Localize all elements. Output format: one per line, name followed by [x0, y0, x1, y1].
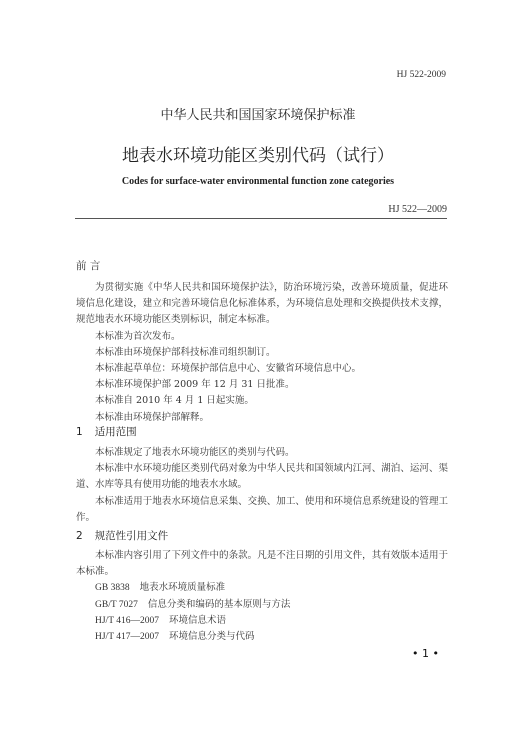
- reference-code: GB 3838: [95, 580, 130, 596]
- foreword-paragraph: 本标准自 2010 年 4 月 1 日起实施。: [76, 393, 448, 409]
- reference-code: HJ/T 416—2007: [95, 613, 159, 629]
- section-2-body: 本标准内容引用了下列文件中的条款。凡是不注日期的引用文件，其有效版本适用于本标准…: [76, 548, 448, 645]
- section-paragraph: 本标准内容引用了下列文件中的条款。凡是不注日期的引用文件，其有效版本适用于本标准…: [76, 548, 448, 580]
- foreword-paragraph: 本标准环境保护部 2009 年 12 月 31 日批准。: [76, 377, 448, 393]
- document-subtitle-en: Codes for surface-water environmental fu…: [0, 176, 516, 187]
- section-number: 1: [76, 426, 83, 438]
- reference-title: 信息分类和编码的基本原则与方法: [148, 599, 291, 610]
- foreword-body: 为贯彻实施《中华人民共和国环境保护法》，防治环境污染，改善环境质量，促进环境信息…: [76, 280, 448, 426]
- section-number: 2: [76, 530, 83, 542]
- reference-title: 环境信息术语: [169, 615, 226, 626]
- foreword-paragraph: 本标准起草单位：环境保护部信息中心、安徽省环境信息中心。: [76, 361, 448, 377]
- reference-item: GB 3838地表水环境质量标准: [76, 580, 448, 596]
- section-paragraph: 本标准中水环境功能区类别代码对象为中华人民共和国领域内江河、湖泊、运河、渠道、水…: [76, 461, 448, 493]
- reference-title: 地表水环境质量标准: [140, 582, 226, 593]
- reference-title: 环境信息分类与代码: [169, 631, 255, 642]
- section-title: 适用范围: [95, 426, 137, 438]
- foreword-paragraph: 本标准由环境保护部科技标准司组织制订。: [76, 345, 448, 361]
- reference-item: HJ/T 416—2007环境信息术语: [76, 613, 448, 629]
- reference-code: GB/T 7027: [95, 597, 138, 613]
- section-2-heading: 2规范性引用文件: [76, 528, 168, 543]
- standard-number-top: HJ 522-2009: [397, 70, 446, 80]
- standard-code: HJ 522—2009: [388, 204, 447, 215]
- reference-item: HJ/T 417—2007环境信息分类与代码: [76, 629, 448, 645]
- section-1-heading: 1适用范围: [76, 424, 137, 439]
- section-1-body: 本标准规定了地表水环境功能区的类别与代码。 本标准中水环境功能区类别代码对象为中…: [76, 445, 448, 526]
- foreword-paragraph: 本标准为首次发布。: [76, 329, 448, 345]
- page-number: • 1 •: [412, 647, 439, 660]
- issuing-organization: 中华人民共和国国家环境保护标准: [0, 104, 516, 123]
- document-page: HJ 522-2009 中华人民共和国国家环境保护标准 地表水环境功能区类别代码…: [0, 0, 516, 729]
- document-title: 地表水环境功能区类别代码（试行）: [0, 141, 516, 166]
- section-paragraph: 本标准适用于地表水环境信息采集、交换、加工、使用和环境信息系统建设的管理工作。: [76, 494, 448, 526]
- header-divider: [75, 218, 447, 219]
- section-paragraph: 本标准规定了地表水环境功能区的类别与代码。: [76, 445, 448, 461]
- foreword-paragraph: 为贯彻实施《中华人民共和国环境保护法》，防治环境污染，改善环境质量，促进环境信息…: [76, 280, 448, 329]
- reference-code: HJ/T 417—2007: [95, 629, 159, 645]
- foreword-heading: 前 言: [76, 258, 100, 273]
- section-title: 规范性引用文件: [95, 530, 169, 542]
- reference-item: GB/T 7027信息分类和编码的基本原则与方法: [76, 597, 448, 613]
